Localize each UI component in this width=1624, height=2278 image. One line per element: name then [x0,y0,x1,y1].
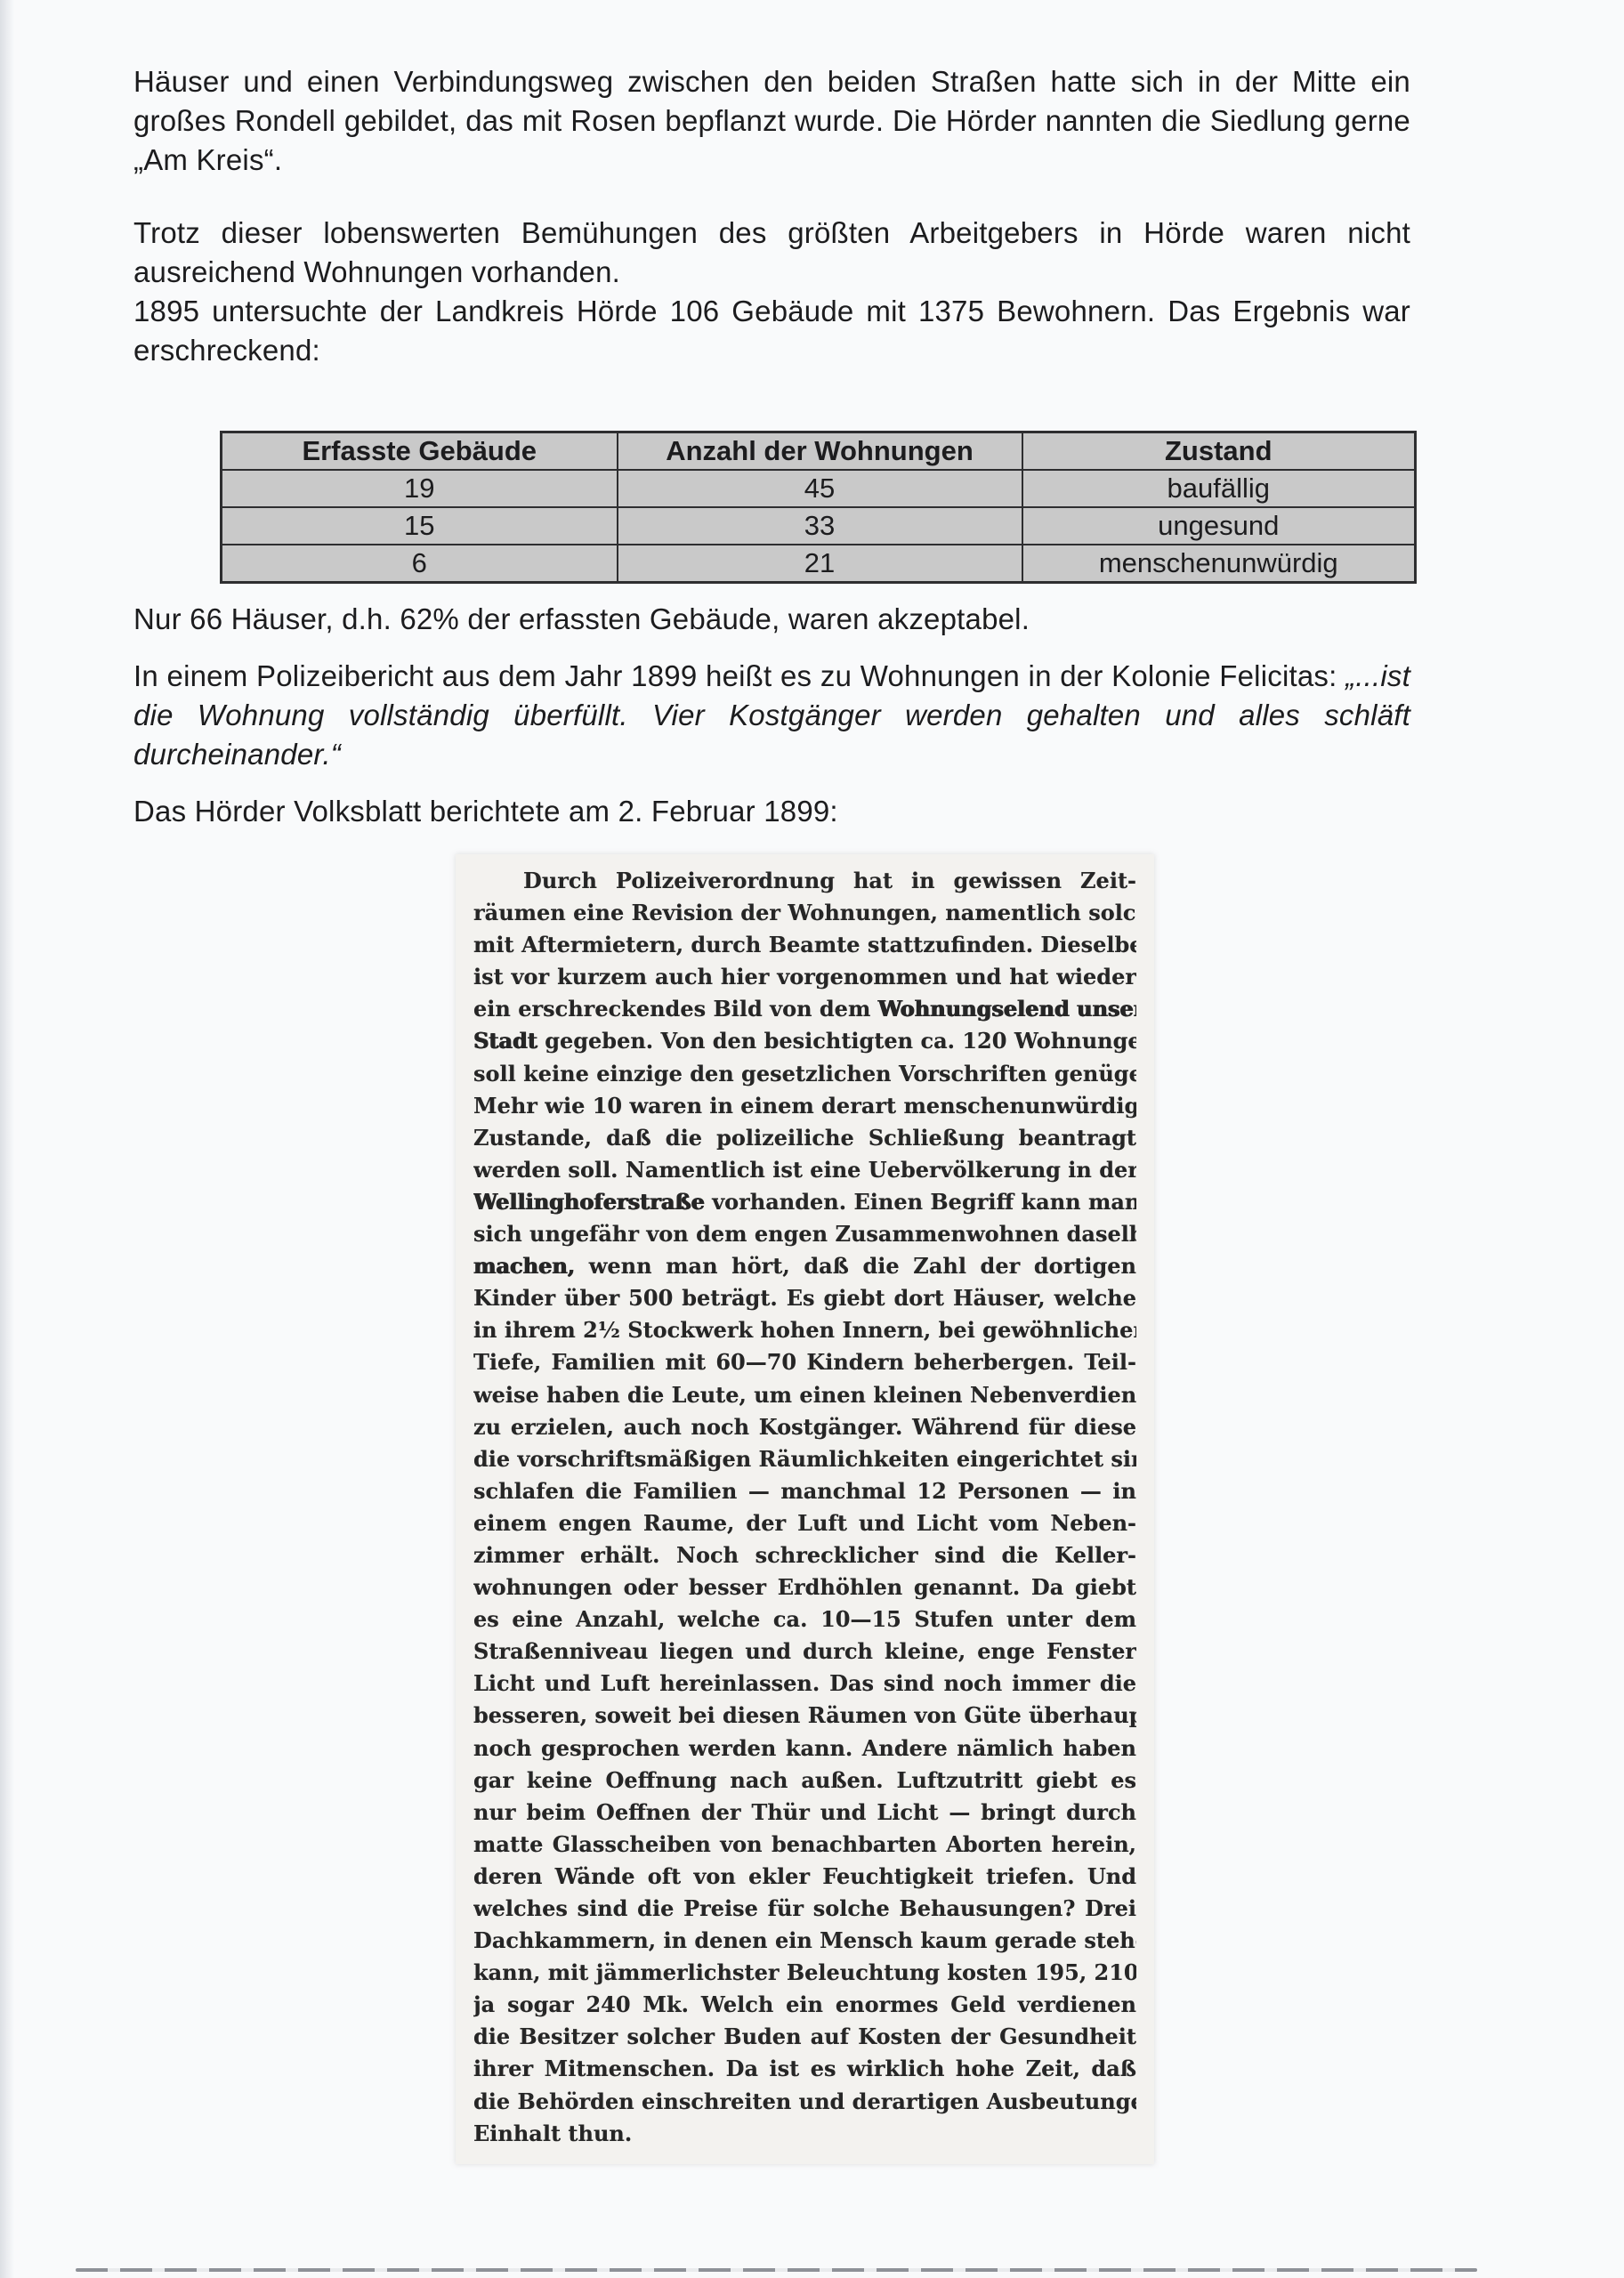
clipping-line: besseren, soweit bei diesen Räumen von G… [473,1700,1136,1732]
clipping-line: Stadt gegeben. Von den besichtigten ca. … [473,1025,1136,1057]
table-header-row: Erfasste Gebäude Anzahl der Wohnungen Zu… [222,432,1416,471]
clipping-line: Kinder über 500 beträgt. Es giebt dort H… [473,1282,1136,1314]
table-cell: menschenunwürdig [1022,545,1416,583]
clipping-line: Einhalt thun. [473,2118,1136,2150]
clipping-line: Mehr wie 10 waren in einem derart mensch… [473,1090,1136,1122]
table-cell: ungesund [1022,507,1416,545]
table-header-wohnungen: Anzahl der Wohnungen [618,432,1022,471]
clipping-line: es eine Anzahl, welche ca. 10—15 Stufen … [473,1603,1136,1636]
clipping-line: die vorschriftsmäßigen Räumlichkeiten ei… [473,1443,1136,1475]
scan-edge-left [0,0,14,2278]
clipping-line: noch gesprochen werden kann. Andere näml… [473,1733,1136,1765]
clipping-line: ein erschreckendes Bild von dem Wohnungs… [473,993,1136,1025]
clipping-line: mit Aftermietern, durch Beamte stattzufi… [473,929,1136,961]
clipping-line: matte Glasscheiben von benachbarten Abor… [473,1829,1136,1861]
table-cell: 19 [222,470,618,507]
paragraph-akzeptabel: Nur 66 Häuser, d.h. 62% der erfassten Ge… [133,600,1410,639]
clipping-line: Dachkammern, in denen ein Mensch kaum ge… [473,1925,1136,1957]
clipping-line: werden soll. Namentlich ist eine Uebervö… [473,1154,1136,1186]
clipping-line: Tiefe, Familien mit 60—70 Kindern beherb… [473,1346,1136,1378]
table-cell: 21 [618,545,1022,583]
clipping-line: einem engen Raume, der Luft und Licht vo… [473,1507,1136,1539]
paragraph-volksblatt: Das Hörder Volksblatt berichtete am 2. F… [133,792,1410,831]
table-cell: baufällig [1022,470,1416,507]
scan-artifact-line [76,2268,1477,2272]
newspaper-clipping: Durch Polizeiverordnung hat in gewissen … [456,854,1154,2164]
paragraph-polizeibericht: In einem Polizeibericht aus dem Jahr 189… [133,657,1410,774]
clipping-line: nur beim Oeffnen der Thür und Licht — br… [473,1797,1136,1829]
clipping-line: soll keine einzige den gesetzlichen Vors… [473,1058,1136,1090]
condition-table-body: 1945baufällig1533ungesund621menschenunwü… [222,470,1416,583]
clipping-line: sich ungefähr von dem engen Zusammenwohn… [473,1218,1136,1250]
table-header-gebaeude: Erfasste Gebäude [222,432,618,471]
clipping-line: zu erzielen, auch noch Kostgänger. Währe… [473,1411,1136,1443]
paragraph-trotz: Trotz dieser lobenswerten Bemühungen des… [133,214,1410,292]
clipping-line: kann, mit jämmerlichster Beleuchtung kos… [473,1957,1136,1989]
table-row: 621menschenunwürdig [222,545,1416,583]
table-cell: 6 [222,545,618,583]
paragraph-siedlung: Häuser und einen Verbindungsweg zwischen… [133,62,1410,180]
clipping-line: ihrer Mitmenschen. Da ist es wirklich ho… [473,2053,1136,2085]
clipping-line: ja sogar 240 Mk. Welch ein enormes Geld … [473,1989,1136,2021]
table-cell: 45 [618,470,1022,507]
clipping-line: die Behörden einschreiten und derartigen… [473,2086,1136,2118]
table-row: 1945baufällig [222,470,1416,507]
table-row: 1533ungesund [222,507,1416,545]
clipping-line: Licht und Luft hereinlassen. Das sind no… [473,1668,1136,1700]
clipping-line: wohnungen oder besser Erdhöhlen genannt.… [473,1571,1136,1603]
clipping-line: weise haben die Leute, um einen kleinen … [473,1379,1136,1411]
clipping-line: Straßenniveau liegen und durch kleine, e… [473,1636,1136,1668]
clipping-line: Zustande, daß die polizeiliche Schließun… [473,1122,1136,1154]
clipping-line: deren Wände oft von ekler Feuchtigkeit t… [473,1861,1136,1893]
document-page: Häuser und einen Verbindungsweg zwischen… [0,0,1624,2164]
clipping-line: die Besitzer solcher Buden auf Kosten de… [473,2021,1136,2053]
newspaper-clipping-text: Durch Polizeiverordnung hat in gewissen … [473,865,1136,2150]
table-cell: 33 [618,507,1022,545]
clipping-line: welches sind die Preise für solche Behau… [473,1893,1136,1925]
clipping-line: räumen eine Revision der Wohnungen, name… [473,897,1136,929]
clipping-line: in ihrem 2½ Stockwerk hohen Innern, bei … [473,1314,1136,1346]
clipping-line: gar keine Oeffnung nach außen. Luftzutri… [473,1765,1136,1797]
clipping-line: Durch Polizeiverordnung hat in gewissen … [473,865,1136,897]
table-cell: 15 [222,507,618,545]
clipping-line: machen, wenn man hört, daß die Zahl der … [473,1250,1136,1282]
polizeibericht-intro: In einem Polizeibericht aus dem Jahr 189… [133,659,1345,692]
clipping-line: schlafen die Familien — manchmal 12 Pers… [473,1475,1136,1507]
clipping-line: zimmer erhält. Noch schrecklicher sind d… [473,1539,1136,1571]
paragraph-block-wohnungsnot: Trotz dieser lobenswerten Bemühungen des… [133,214,1410,370]
clipping-line: ist vor kurzem auch hier vorgenommen und… [473,961,1136,993]
condition-table: Erfasste Gebäude Anzahl der Wohnungen Zu… [220,431,1417,584]
paragraph-untersuchung: 1895 untersuchte der Landkreis Hörde 106… [133,292,1410,370]
clipping-line: Wellinghoferstraße vorhanden. Einen Begr… [473,1186,1136,1218]
table-header-zustand: Zustand [1022,432,1416,471]
